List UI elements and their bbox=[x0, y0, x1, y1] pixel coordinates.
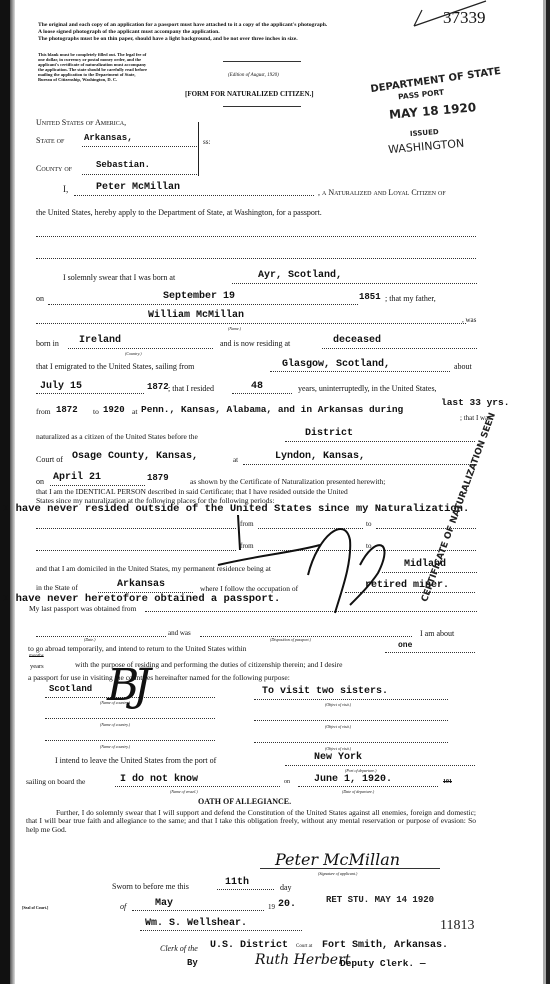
departure-date-line bbox=[298, 786, 438, 787]
object-line-1 bbox=[254, 699, 448, 700]
applicant-line2: the United States, hereby apply to the D… bbox=[36, 208, 322, 217]
father-residence-line bbox=[322, 348, 477, 349]
birth-date-line bbox=[48, 304, 358, 305]
scan-border-right bbox=[546, 0, 550, 984]
departure-date-caption: (Date of departure.) bbox=[342, 789, 374, 794]
resided-years-line bbox=[232, 393, 292, 394]
date-caption: (Date.) bbox=[84, 637, 95, 642]
country-caption-3: (Name of country.) bbox=[100, 744, 130, 749]
father-birthplace: Ireland bbox=[79, 335, 121, 346]
oath-title: OATH OF ALLEGIANCE. bbox=[198, 797, 291, 806]
departure-port: New York bbox=[314, 752, 362, 763]
temp-label: to go abroad temporarily, and intend to … bbox=[28, 644, 246, 653]
emigration-date: July 15 bbox=[40, 381, 82, 392]
blank-line-2 bbox=[36, 258, 476, 259]
check-mark-icon bbox=[410, 0, 490, 30]
deputy-label: Deputy Clerk. — bbox=[340, 958, 426, 969]
rule-bottom bbox=[223, 106, 301, 107]
from-year: 1872 bbox=[56, 405, 78, 415]
naturalization-location: Lyndon, Kansas, bbox=[275, 451, 365, 462]
notice-line-1: The original and each copy of an applica… bbox=[38, 22, 327, 29]
return-within: one bbox=[398, 641, 412, 650]
sailing-label: sailing on board the bbox=[26, 777, 85, 786]
country-1: Scotland bbox=[49, 684, 92, 694]
at-label: at bbox=[132, 407, 137, 416]
country-caption: (Country.) bbox=[125, 351, 142, 356]
stamp-date: MAY 18 1920 bbox=[389, 100, 477, 122]
birth-father-label: ; that my father, bbox=[385, 294, 436, 303]
clerk-court: U.S. District bbox=[210, 940, 288, 951]
sworn-day-line bbox=[217, 889, 274, 890]
country-caption-2: (Name of country.) bbox=[100, 722, 130, 727]
to-label: to bbox=[93, 407, 99, 416]
vessel-caption: (Name of vessel.) bbox=[170, 789, 198, 794]
venue-county-value: Sebastian. bbox=[96, 160, 150, 170]
departure-date: June 1, 1920. bbox=[314, 774, 392, 785]
born-in-label: born in bbox=[36, 339, 59, 348]
seal-caption: [Seal of Court.] bbox=[22, 905, 48, 910]
emigrated-label: that I emigrated to the United States, s… bbox=[36, 362, 194, 371]
handwritten-scribble bbox=[200, 495, 400, 615]
stamp-issued: ISSUED bbox=[410, 128, 439, 138]
about-label: about bbox=[454, 362, 472, 371]
deputy-signature: Ruth Herbert bbox=[255, 952, 350, 968]
months-option: months bbox=[29, 654, 44, 659]
oath-text: Further, I do solemnly swear that I will… bbox=[26, 809, 476, 834]
venue-state-line bbox=[82, 146, 197, 147]
father-birthplace-line bbox=[68, 348, 213, 349]
applicant-name-line bbox=[74, 195, 314, 196]
scan-border-left-shadow bbox=[10, 0, 15, 984]
venue-bracket bbox=[198, 122, 199, 176]
birth-place-line bbox=[232, 283, 477, 284]
vessel-name: I do not know bbox=[120, 774, 198, 785]
vessel-line bbox=[115, 786, 280, 787]
venue-county-label: County of bbox=[36, 164, 72, 173]
naturalization-court-of: Osage County, Kansas, bbox=[72, 451, 198, 462]
shown-label: as shown by the Certificate of Naturaliz… bbox=[190, 477, 385, 486]
applicant-name: Peter McMillan bbox=[96, 182, 180, 193]
birth-year: 1851 bbox=[359, 292, 381, 302]
abroad-label: I am about bbox=[420, 629, 454, 638]
by-label: By bbox=[187, 958, 198, 968]
clerk-name-line bbox=[140, 930, 302, 931]
venue-county-line bbox=[82, 174, 197, 175]
year-prefix: 19 bbox=[268, 903, 275, 911]
residence-places: Penn., Kansas, Alabama, and in Arkansas … bbox=[141, 404, 403, 415]
object-caption-1: (Object of visit.) bbox=[325, 702, 351, 707]
object-1: To visit two sisters. bbox=[262, 686, 388, 697]
side-note: This blank must be completely filled out… bbox=[38, 52, 148, 82]
residing-label: and is now residing at bbox=[220, 339, 290, 348]
emigration-port-line bbox=[270, 371, 450, 372]
of-label: of bbox=[120, 902, 126, 911]
emigration-date-line bbox=[36, 393, 144, 394]
state-of-label: in the State of bbox=[36, 583, 78, 592]
applicant-suffix: , a Naturalized and Loyal Citizen of bbox=[318, 188, 446, 197]
court-line bbox=[285, 441, 475, 442]
naturalization-date: April 21 bbox=[53, 472, 101, 483]
naturalization-at-label: at bbox=[233, 456, 238, 464]
father-name-line bbox=[36, 323, 466, 324]
object-caption-2: (Object of visit.) bbox=[325, 724, 351, 729]
stamp-number: 11813 bbox=[440, 918, 474, 934]
country-line-2 bbox=[45, 718, 215, 719]
stamp-ret-date: RET STU. MAY 14 1920 bbox=[326, 895, 434, 905]
clerk-of-label: Clerk of the bbox=[160, 944, 198, 953]
notice-line-2: A loose signed photograph of the applica… bbox=[38, 29, 220, 36]
to-year: 1920 bbox=[103, 405, 125, 415]
day-label: day bbox=[280, 883, 292, 892]
from-label: from bbox=[36, 407, 51, 416]
object-caption-3: (Object of visit.) bbox=[325, 746, 351, 751]
naturalization-court: District bbox=[305, 428, 353, 439]
naturalization-date-line bbox=[50, 485, 145, 486]
resided-label: ; that I resided bbox=[168, 384, 214, 393]
sworn-year: 20. bbox=[278, 899, 296, 910]
departure-port-line bbox=[285, 765, 475, 766]
name-caption: (Name.) bbox=[228, 326, 241, 331]
applicant-signature: Peter McMillan bbox=[275, 850, 400, 869]
scan-border-left bbox=[0, 0, 10, 984]
venue-state-label: State of bbox=[36, 136, 64, 145]
disposition-caption: (Disposition of passport.) bbox=[270, 637, 311, 642]
sworn-month-line bbox=[132, 910, 264, 911]
sworn-day: 11th bbox=[225, 877, 249, 888]
object-line-3 bbox=[254, 742, 448, 743]
blank-line-1 bbox=[36, 236, 476, 237]
birth-swear-label: I solemnly swear that I was born at bbox=[63, 273, 175, 282]
father-name: William McMillan bbox=[148, 310, 244, 321]
father-residence: deceased bbox=[333, 335, 381, 346]
and-was-label: and was bbox=[168, 629, 191, 637]
object-line-2 bbox=[254, 720, 448, 721]
domicile-state: Arkansas bbox=[117, 579, 165, 590]
emigration-year: 1872 bbox=[147, 382, 169, 392]
stamp-naturalization: CERTIFICATE OF NATURALIZATION SEEN bbox=[420, 600, 429, 603]
use-label: a passport for use in visiting the count… bbox=[28, 673, 290, 682]
edition-label: (Edition of August, 1920) bbox=[228, 73, 279, 78]
father-was-label: , was bbox=[462, 316, 476, 324]
signature-caption: (Signature of applicant.) bbox=[318, 871, 357, 876]
emigration-port: Glasgow, Scotland, bbox=[282, 359, 390, 370]
port-caption: (Port of departure.) bbox=[345, 768, 377, 773]
venue-ss: ss: bbox=[203, 138, 210, 146]
leave-label: I intend to leave the United States from… bbox=[55, 756, 216, 765]
birth-on-label: on bbox=[36, 294, 44, 303]
sworn-label: Sworn to before me this bbox=[112, 882, 189, 891]
naturalization-on-label: on bbox=[36, 477, 44, 486]
years-option: years bbox=[30, 663, 44, 670]
year-suffix: 191 bbox=[443, 779, 452, 785]
signature-line bbox=[260, 868, 440, 869]
birth-date: September 19 bbox=[163, 291, 235, 302]
last-passport-label: My last passport was obtained from bbox=[29, 604, 136, 613]
applicant-prefix: I, bbox=[63, 184, 68, 194]
scan-border-right-shadow bbox=[543, 0, 546, 984]
return-within-line bbox=[385, 652, 475, 653]
initials-mark: BJ bbox=[107, 660, 145, 711]
resided-years: 48 bbox=[251, 381, 263, 392]
rule-top bbox=[223, 61, 301, 62]
residence-places-extra: last 33 yrs. bbox=[441, 397, 509, 408]
years-label: years, uninterruptedly, in the United St… bbox=[298, 384, 437, 393]
venue-state-value: Arkansas, bbox=[84, 133, 133, 143]
country-line-3 bbox=[45, 740, 215, 741]
clerk-name: Wm. S. Wellshear. bbox=[145, 918, 247, 929]
clerk-city: Fort Smith, Arkansas. bbox=[322, 940, 448, 951]
naturalization-year: 1879 bbox=[147, 473, 169, 483]
clerk-court-of: Court at bbox=[296, 944, 312, 949]
travel-on-label: on bbox=[284, 779, 290, 785]
sworn-month: May bbox=[155, 898, 173, 909]
form-title: [FORM FOR NATURALIZED CITIZEN.] bbox=[185, 90, 314, 98]
court-of-label: Court of bbox=[36, 455, 63, 464]
location-line bbox=[243, 464, 475, 465]
venue-country: United States of America, bbox=[36, 118, 126, 127]
notice-line-3: The photographs must be on thin paper, s… bbox=[38, 36, 298, 43]
stamp-washington: WASHINGTON bbox=[388, 137, 465, 157]
passport-date-line bbox=[36, 636, 166, 637]
naturalized-before-label: naturalized as a citizen of the United S… bbox=[36, 432, 198, 441]
birth-place: Ayr, Scotland, bbox=[258, 270, 342, 281]
